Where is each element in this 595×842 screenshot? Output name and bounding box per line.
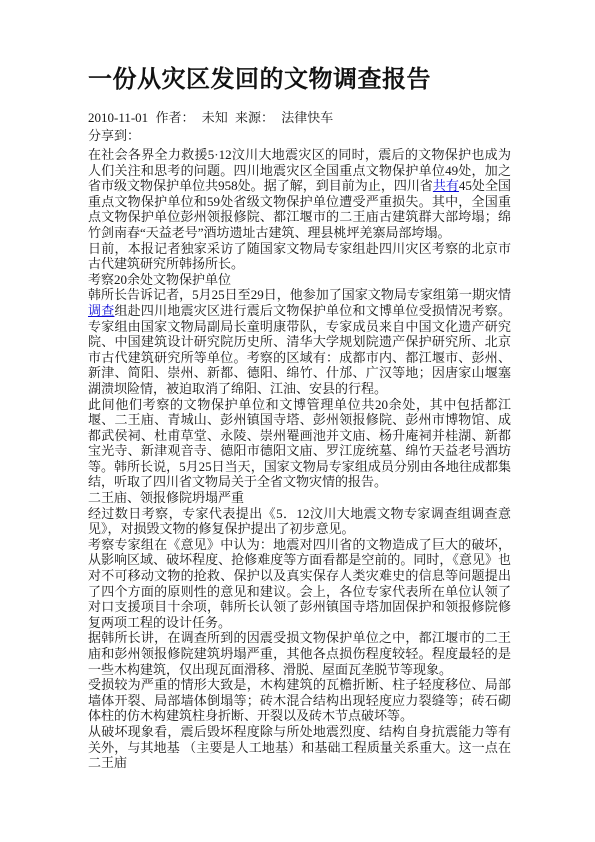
source-label: 来源：	[235, 110, 274, 125]
paragraph-5: 经过数日考察，专家代表提出《5．12汶川大地震文物专家调查组调查意见》，对损毁文…	[88, 506, 511, 537]
article-content: 一份从灾区发回的文物调查报告 2010-11-01 作者： 未知 来源： 法律快…	[88, 64, 511, 771]
document-page: 一份从灾区发回的文物调查报告 2010-11-01 作者： 未知 来源： 法律快…	[0, 0, 595, 842]
publish-date: 2010-11-01	[88, 110, 148, 125]
paragraph-6: 考察专家组在《意见》中认为：地震对四川省的文物造成了巨大的破坏，从影响区域、破坏…	[88, 537, 511, 631]
article-body: 在社会各界全力救援5·12汶川大地震灾区的同时，震后的文物保护也成为人们关注和思…	[88, 147, 511, 771]
link-gongyou[interactable]: 共有	[433, 178, 459, 193]
article-title: 一份从灾区发回的文物调查报告	[88, 64, 511, 96]
article-meta: 2010-11-01 作者： 未知 来源： 法律快车	[88, 109, 511, 127]
section-heading-survey: 考察20余处文物保护单位	[88, 272, 511, 288]
link-diaocha[interactable]: 调查	[88, 303, 114, 318]
section-heading-collapse: 二王庙、领报修院坍塌严重	[88, 490, 511, 506]
paragraph-3-text-after: 组赴四川地震灾区进行震后文物保护单位和文博单位受损情况考察。专家组由国家文物局副…	[88, 303, 511, 396]
paragraph-4: 此间他们考察的文物保护单位和文博管理单位共20余处，其中包括都江堰、二王庙、青城…	[88, 397, 511, 491]
paragraph-8: 受损较为严重的情形大致是，木构建筑的瓦檐折断、柱子轻度移位、局部墙体开裂、局部墙…	[88, 677, 511, 724]
paragraph-1: 在社会各界全力救援5·12汶川大地震灾区的同时，震后的文物保护也成为人们关注和思…	[88, 147, 511, 241]
share-label: 分享到：	[88, 127, 511, 145]
author-label: 作者：	[155, 110, 194, 125]
author-value: 未知	[202, 110, 228, 125]
paragraph-3: 韩所长告诉记者，5月25日至29日，他参加了国家文物局专家组第一期灾情调查组赴四…	[88, 287, 511, 396]
source-value: 法律快车	[281, 110, 333, 125]
paragraph-3-text-before: 韩所长告诉记者，5月25日至29日，他参加了国家文物局专家组第一期灾情	[88, 287, 511, 302]
paragraph-2: 日前，本报记者独家采访了随国家文物局专家组赴四川灾区考察的北京市古代建筑研究所韩…	[88, 241, 511, 272]
paragraph-9: 从破坏现象看，震后毁坏程度除与所处地震烈度、结构自身抗震能力等有关外，与其地基 …	[88, 724, 511, 771]
paragraph-7: 据韩所长讲，在调查所到的因震受损文物保护单位之中，都江堰市的二王庙和彭州领报修院…	[88, 630, 511, 677]
